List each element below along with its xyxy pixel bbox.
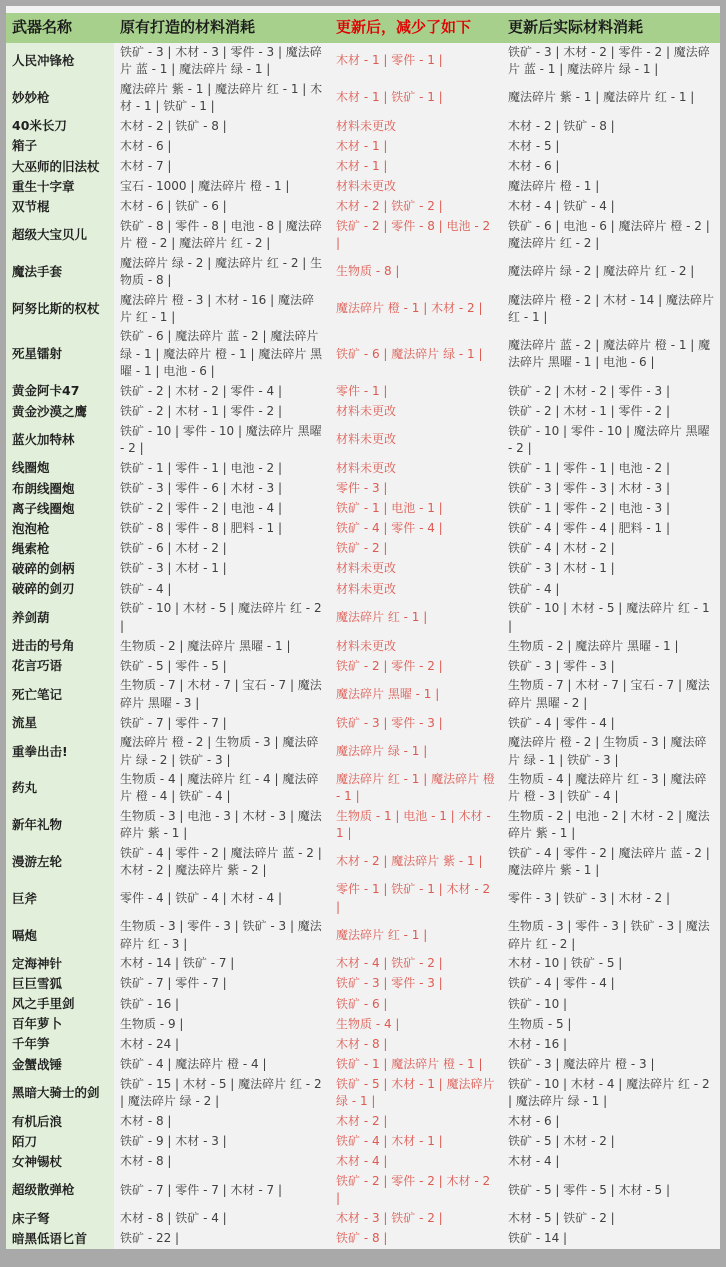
table-row: 重生十字章宝石 - 1000 | 魔法碎片 橙 - 1 |材料未更改魔法碎片 橙… [6, 177, 720, 197]
actual-cost-cell: 生物质 - 2 | 魔法碎片 黑曜 - 1 | [502, 636, 720, 656]
reduction-cell: 铁矿 - 6 | 魔法碎片 绿 - 1 | [330, 327, 502, 381]
table-row: 绳索枪铁矿 - 6 | 木材 - 2 |铁矿 - 2 |铁矿 - 4 | 木材 … [6, 539, 720, 559]
reduction-cell: 铁矿 - 1 | 电池 - 1 | [330, 499, 502, 519]
table-row: 破碎的剑柄铁矿 - 3 | 木材 - 1 |材料未更改铁矿 - 3 | 木材 -… [6, 559, 720, 579]
reduction-cell: 生物质 - 8 | [330, 254, 502, 291]
table-header: 武器名称 原有打造的材料消耗 更新后，减少了如下 更新后实际材料消耗 [6, 13, 720, 43]
table-row: 嗝炮生物质 - 3 | 零件 - 3 | 铁矿 - 3 | 魔法碎片 红 - 3… [6, 917, 720, 954]
actual-cost-cell: 铁矿 - 2 | 木材 - 1 | 零件 - 2 | [502, 402, 720, 422]
actual-cost-cell: 木材 - 2 | 铁矿 - 8 | [502, 116, 720, 136]
table-row: 线圈炮铁矿 - 1 | 零件 - 1 | 电池 - 2 |材料未更改铁矿 - 1… [6, 458, 720, 478]
actual-cost-cell: 魔法碎片 蓝 - 2 | 魔法碎片 橙 - 1 | 魔法碎片 黑曜 - 1 | … [502, 327, 720, 381]
original-cost-cell: 铁矿 - 1 | 零件 - 1 | 电池 - 2 | [114, 458, 330, 478]
actual-cost-cell: 魔法碎片 绿 - 2 | 魔法碎片 红 - 2 | [502, 254, 720, 291]
original-cost-cell: 铁矿 - 7 | 零件 - 7 | 木材 - 7 | [114, 1172, 330, 1209]
reduction-cell: 铁矿 - 2 | 零件 - 2 | [330, 656, 502, 676]
table-row: 死亡笔记生物质 - 7 | 木材 - 7 | 宝石 - 7 | 魔法碎片 黑曜 … [6, 676, 720, 713]
table-row: 40米长刀木材 - 2 | 铁矿 - 8 |材料未更改木材 - 2 | 铁矿 -… [6, 116, 720, 136]
original-cost-cell: 铁矿 - 4 | [114, 579, 330, 599]
original-cost-cell: 木材 - 8 | [114, 1152, 330, 1172]
table-row: 流星铁矿 - 7 | 零件 - 7 |铁矿 - 3 | 零件 - 3 |铁矿 -… [6, 713, 720, 733]
weapon-name-cell: 漫游左轮 [6, 844, 114, 881]
reduction-cell: 材料未更改 [330, 559, 502, 579]
weapon-name-cell: 死星镭射 [6, 327, 114, 381]
actual-cost-cell: 木材 - 6 | [502, 1112, 720, 1132]
table-row: 药丸生物质 - 4 | 魔法碎片 红 - 4 | 魔法碎片 橙 - 4 | 铁矿… [6, 770, 720, 807]
actual-cost-cell: 生物质 - 7 | 木材 - 7 | 宝石 - 7 | 魔法碎片 黑曜 - 2 … [502, 676, 720, 713]
actual-cost-cell: 铁矿 - 6 | 电池 - 6 | 魔法碎片 橙 - 2 | 魔法碎片 红 - … [502, 217, 720, 254]
actual-cost-cell: 魔法碎片 橙 - 2 | 木材 - 14 | 魔法碎片 红 - 1 | [502, 291, 720, 328]
weapon-name-cell: 百年萝卜 [6, 1014, 114, 1034]
table-row: 魔法手套魔法碎片 绿 - 2 | 魔法碎片 红 - 2 | 生物质 - 8 |生… [6, 254, 720, 291]
original-cost-cell: 木材 - 8 | 铁矿 - 4 | [114, 1209, 330, 1229]
actual-cost-cell: 铁矿 - 3 | 木材 - 2 | 零件 - 2 | 魔法碎片 蓝 - 1 | … [502, 43, 720, 80]
reduction-cell: 木材 - 3 | 铁矿 - 2 | [330, 1209, 502, 1229]
weapon-name-cell: 黄金阿卡47 [6, 381, 114, 401]
reduction-cell: 零件 - 3 | [330, 479, 502, 499]
weapon-name-cell: 花言巧语 [6, 656, 114, 676]
actual-cost-cell: 木材 - 4 | [502, 1152, 720, 1172]
original-cost-cell: 铁矿 - 5 | 零件 - 5 | [114, 656, 330, 676]
reduction-cell: 材料未更改 [330, 579, 502, 599]
actual-cost-cell: 生物质 - 2 | 电池 - 2 | 木材 - 2 | 魔法碎片 紫 - 1 | [502, 807, 720, 844]
table-row: 金蟹战锤铁矿 - 4 | 魔法碎片 橙 - 4 |铁矿 - 1 | 魔法碎片 橙… [6, 1055, 720, 1075]
actual-cost-cell: 铁矿 - 1 | 零件 - 1 | 电池 - 2 | [502, 458, 720, 478]
weapon-name-cell: 箱子 [6, 136, 114, 156]
reduction-cell: 铁矿 - 8 | [330, 1229, 502, 1249]
actual-cost-cell: 铁矿 - 3 | 木材 - 1 | [502, 559, 720, 579]
weapon-name-cell: 破碎的剑柄 [6, 559, 114, 579]
actual-cost-cell: 铁矿 - 10 | 木材 - 4 | 魔法碎片 红 - 2 | 魔法碎片 绿 -… [502, 1075, 720, 1112]
actual-cost-cell: 生物质 - 5 | [502, 1014, 720, 1034]
weapon-name-cell: 超级散弹枪 [6, 1172, 114, 1209]
original-cost-cell: 铁矿 - 8 | 零件 - 8 | 肥料 - 1 | [114, 519, 330, 539]
actual-cost-cell: 魔法碎片 橙 - 1 | [502, 177, 720, 197]
original-cost-cell: 铁矿 - 6 | 木材 - 2 | [114, 539, 330, 559]
weapon-name-cell: 床子弩 [6, 1209, 114, 1229]
table-row: 巨斧零件 - 4 | 铁矿 - 4 | 木材 - 4 |零件 - 1 | 铁矿 … [6, 880, 720, 917]
actual-cost-cell: 铁矿 - 10 | 零件 - 10 | 魔法碎片 黑曜 - 2 | [502, 422, 720, 459]
reduction-cell: 生物质 - 4 | [330, 1014, 502, 1034]
table-row: 布朗线圈炮铁矿 - 3 | 零件 - 6 | 木材 - 3 |零件 - 3 |铁… [6, 479, 720, 499]
table-row: 超级大宝贝儿铁矿 - 8 | 零件 - 8 | 电池 - 8 | 魔法碎片 橙 … [6, 217, 720, 254]
weapon-name-cell: 进击的号角 [6, 636, 114, 656]
actual-cost-cell: 木材 - 10 | 铁矿 - 5 | [502, 954, 720, 974]
table-row: 超级散弹枪铁矿 - 7 | 零件 - 7 | 木材 - 7 |铁矿 - 2 | … [6, 1172, 720, 1209]
table-row: 破碎的剑刃铁矿 - 4 |材料未更改铁矿 - 4 | [6, 579, 720, 599]
original-cost-cell: 铁矿 - 22 | [114, 1229, 330, 1249]
reduction-cell: 木材 - 1 | [330, 157, 502, 177]
table-row: 风之手里剑铁矿 - 16 |铁矿 - 6 |铁矿 - 10 | [6, 994, 720, 1014]
reduction-cell: 魔法碎片 绿 - 1 | [330, 733, 502, 770]
actual-cost-cell: 生物质 - 3 | 零件 - 3 | 铁矿 - 3 | 魔法碎片 红 - 2 | [502, 917, 720, 954]
actual-cost-cell: 铁矿 - 4 | 零件 - 4 | [502, 974, 720, 994]
reduction-cell: 材料未更改 [330, 636, 502, 656]
table-row: 巨巨雪狐铁矿 - 7 | 零件 - 7 |铁矿 - 3 | 零件 - 3 |铁矿… [6, 974, 720, 994]
weapon-name-cell: 巨斧 [6, 880, 114, 917]
header-original-cost: 原有打造的材料消耗 [114, 13, 330, 43]
weapon-name-cell: 线圈炮 [6, 458, 114, 478]
original-cost-cell: 铁矿 - 6 | 魔法碎片 蓝 - 2 | 魔法碎片 绿 - 1 | 魔法碎片 … [114, 327, 330, 381]
weapon-name-cell: 黄金沙漠之鹰 [6, 402, 114, 422]
table-row: 大巫师的旧法杖木材 - 7 |木材 - 1 |木材 - 6 | [6, 157, 720, 177]
original-cost-cell: 铁矿 - 3 | 木材 - 1 | [114, 559, 330, 579]
original-cost-cell: 铁矿 - 2 | 零件 - 2 | 电池 - 4 | [114, 499, 330, 519]
table-row: 黄金阿卡47铁矿 - 2 | 木材 - 2 | 零件 - 4 |零件 - 1 |… [6, 381, 720, 401]
actual-cost-cell: 铁矿 - 4 | 零件 - 4 | [502, 713, 720, 733]
weapon-name-cell: 女神锡杖 [6, 1152, 114, 1172]
original-cost-cell: 生物质 - 7 | 木材 - 7 | 宝石 - 7 | 魔法碎片 黑曜 - 3 … [114, 676, 330, 713]
original-cost-cell: 铁矿 - 3 | 木材 - 3 | 零件 - 3 | 魔法碎片 蓝 - 1 | … [114, 43, 330, 80]
original-cost-cell: 铁矿 - 15 | 木材 - 5 | 魔法碎片 红 - 2 | 魔法碎片 绿 -… [114, 1075, 330, 1112]
reduction-cell: 魔法碎片 红 - 1 | [330, 917, 502, 954]
weapon-name-cell: 金蟹战锤 [6, 1055, 114, 1075]
reduction-cell: 生物质 - 1 | 电池 - 1 | 木材 - 1 | [330, 807, 502, 844]
weapon-name-cell: 破碎的剑刃 [6, 579, 114, 599]
reduction-cell: 铁矿 - 4 | 木材 - 1 | [330, 1132, 502, 1152]
weapon-name-cell: 死亡笔记 [6, 676, 114, 713]
weapon-name-cell: 黑暗大骑士的剑 [6, 1075, 114, 1112]
reduction-cell: 铁矿 - 2 | 零件 - 2 | 木材 - 2 | [330, 1172, 502, 1209]
header-weapon-name: 武器名称 [6, 13, 114, 43]
original-cost-cell: 宝石 - 1000 | 魔法碎片 橙 - 1 | [114, 177, 330, 197]
weapon-name-cell: 重生十字章 [6, 177, 114, 197]
actual-cost-cell: 铁矿 - 1 | 零件 - 2 | 电池 - 3 | [502, 499, 720, 519]
reduction-cell: 魔法碎片 橙 - 1 | 木材 - 2 | [330, 291, 502, 328]
table-row: 蓝火加特林铁矿 - 10 | 零件 - 10 | 魔法碎片 黑曜 - 2 |材料… [6, 422, 720, 459]
table-row: 床子弩木材 - 8 | 铁矿 - 4 |木材 - 3 | 铁矿 - 2 |木材 … [6, 1209, 720, 1229]
table-row: 妙妙枪魔法碎片 紫 - 1 | 魔法碎片 红 - 1 | 木材 - 1 | 铁矿… [6, 80, 720, 117]
material-cost-sheet: 武器名称 原有打造的材料消耗 更新后，减少了如下 更新后实际材料消耗 人民冲锋枪… [6, 6, 720, 1249]
actual-cost-cell: 铁矿 - 10 | [502, 994, 720, 1014]
actual-cost-cell: 铁矿 - 2 | 木材 - 2 | 零件 - 3 | [502, 381, 720, 401]
reduction-cell: 木材 - 2 | [330, 1112, 502, 1132]
reduction-cell: 材料未更改 [330, 177, 502, 197]
reduction-cell: 铁矿 - 3 | 零件 - 3 | [330, 713, 502, 733]
weapon-name-cell: 有机后浪 [6, 1112, 114, 1132]
reduction-cell: 铁矿 - 6 | [330, 994, 502, 1014]
original-cost-cell: 铁矿 - 16 | [114, 994, 330, 1014]
weapon-name-cell: 阿努比斯的权杖 [6, 291, 114, 328]
weapon-name-cell: 新年礼物 [6, 807, 114, 844]
actual-cost-cell: 铁矿 - 4 | [502, 579, 720, 599]
actual-cost-cell: 木材 - 5 | 铁矿 - 2 | [502, 1209, 720, 1229]
reduction-cell: 铁矿 - 2 | [330, 539, 502, 559]
original-cost-cell: 铁矿 - 2 | 木材 - 2 | 零件 - 4 | [114, 381, 330, 401]
table-row: 阿努比斯的权杖魔法碎片 橙 - 3 | 木材 - 16 | 魔法碎片 红 - 1… [6, 291, 720, 328]
original-cost-cell: 铁矿 - 7 | 零件 - 7 | [114, 974, 330, 994]
original-cost-cell: 魔法碎片 橙 - 3 | 木材 - 16 | 魔法碎片 红 - 1 | [114, 291, 330, 328]
weapon-name-cell: 药丸 [6, 770, 114, 807]
weapon-name-cell: 布朗线圈炮 [6, 479, 114, 499]
actual-cost-cell: 铁矿 - 3 | 零件 - 3 | 木材 - 3 | [502, 479, 720, 499]
table-row: 离子线圈炮铁矿 - 2 | 零件 - 2 | 电池 - 4 |铁矿 - 1 | … [6, 499, 720, 519]
table-row: 黑暗大骑士的剑铁矿 - 15 | 木材 - 5 | 魔法碎片 红 - 2 | 魔… [6, 1075, 720, 1112]
reduction-cell: 材料未更改 [330, 116, 502, 136]
weapon-name-cell: 千年笋 [6, 1034, 114, 1054]
table-row: 漫游左轮铁矿 - 4 | 零件 - 2 | 魔法碎片 蓝 - 2 | 木材 - … [6, 844, 720, 881]
reduction-cell: 木材 - 1 | 零件 - 1 | [330, 43, 502, 80]
actual-cost-cell: 生物质 - 4 | 魔法碎片 红 - 3 | 魔法碎片 橙 - 3 | 铁矿 -… [502, 770, 720, 807]
weapon-name-cell: 嗝炮 [6, 917, 114, 954]
reduction-cell: 魔法碎片 红 - 1 | [330, 599, 502, 636]
actual-cost-cell: 铁矿 - 4 | 零件 - 4 | 肥料 - 1 | [502, 519, 720, 539]
table-row: 花言巧语铁矿 - 5 | 零件 - 5 |铁矿 - 2 | 零件 - 2 |铁矿… [6, 656, 720, 676]
actual-cost-cell: 木材 - 6 | [502, 157, 720, 177]
original-cost-cell: 木材 - 2 | 铁矿 - 8 | [114, 116, 330, 136]
original-cost-cell: 铁矿 - 3 | 零件 - 6 | 木材 - 3 | [114, 479, 330, 499]
reduction-cell: 木材 - 1 | 铁矿 - 1 | [330, 80, 502, 117]
original-cost-cell: 木材 - 14 | 铁矿 - 7 | [114, 954, 330, 974]
actual-cost-cell: 铁矿 - 14 | [502, 1229, 720, 1249]
actual-cost-cell: 铁矿 - 3 | 魔法碎片 橙 - 3 | [502, 1055, 720, 1075]
actual-cost-cell: 铁矿 - 3 | 零件 - 3 | [502, 656, 720, 676]
table-row: 黄金沙漠之鹰铁矿 - 2 | 木材 - 1 | 零件 - 2 |材料未更改铁矿 … [6, 402, 720, 422]
table-row: 暗黑低语匕首铁矿 - 22 |铁矿 - 8 |铁矿 - 14 | [6, 1229, 720, 1249]
original-cost-cell: 木材 - 7 | [114, 157, 330, 177]
table-row: 养剑葫铁矿 - 10 | 木材 - 5 | 魔法碎片 红 - 2 |魔法碎片 红… [6, 599, 720, 636]
original-cost-cell: 生物质 - 4 | 魔法碎片 红 - 4 | 魔法碎片 橙 - 4 | 铁矿 -… [114, 770, 330, 807]
weapon-name-cell: 魔法手套 [6, 254, 114, 291]
table-row: 定海神针木材 - 14 | 铁矿 - 7 |木材 - 4 | 铁矿 - 2 |木… [6, 954, 720, 974]
original-cost-cell: 木材 - 6 | [114, 136, 330, 156]
original-cost-cell: 魔法碎片 橙 - 2 | 生物质 - 3 | 魔法碎片 绿 - 2 | 铁矿 -… [114, 733, 330, 770]
weapon-name-cell: 人民冲锋枪 [6, 43, 114, 80]
actual-cost-cell: 魔法碎片 紫 - 1 | 魔法碎片 红 - 1 | [502, 80, 720, 117]
table-row: 箱子木材 - 6 |木材 - 1 |木材 - 5 | [6, 136, 720, 156]
weapon-name-cell: 养剑葫 [6, 599, 114, 636]
actual-cost-cell: 木材 - 16 | [502, 1034, 720, 1054]
original-cost-cell: 铁矿 - 4 | 零件 - 2 | 魔法碎片 蓝 - 2 | 木材 - 2 | … [114, 844, 330, 881]
reduction-cell: 木材 - 4 | 铁矿 - 2 | [330, 954, 502, 974]
weapon-material-table: 武器名称 原有打造的材料消耗 更新后，减少了如下 更新后实际材料消耗 人民冲锋枪… [6, 13, 720, 1249]
table-row: 死星镭射铁矿 - 6 | 魔法碎片 蓝 - 2 | 魔法碎片 绿 - 1 | 魔… [6, 327, 720, 381]
actual-cost-cell: 木材 - 5 | [502, 136, 720, 156]
reduction-cell: 材料未更改 [330, 458, 502, 478]
reduction-cell: 木材 - 4 | [330, 1152, 502, 1172]
weapon-name-cell: 暗黑低语匕首 [6, 1229, 114, 1249]
reduction-cell: 铁矿 - 1 | 魔法碎片 橙 - 1 | [330, 1055, 502, 1075]
weapon-name-cell: 双节棍 [6, 197, 114, 217]
table-row: 千年笋木材 - 24 |木材 - 8 |木材 - 16 | [6, 1034, 720, 1054]
actual-cost-cell: 零件 - 3 | 铁矿 - 3 | 木材 - 2 | [502, 880, 720, 917]
reduction-cell: 魔法碎片 黑曜 - 1 | [330, 676, 502, 713]
table-row: 人民冲锋枪铁矿 - 3 | 木材 - 3 | 零件 - 3 | 魔法碎片 蓝 -… [6, 43, 720, 80]
reduction-cell: 魔法碎片 红 - 1 | 魔法碎片 橙 - 1 | [330, 770, 502, 807]
original-cost-cell: 生物质 - 9 | [114, 1014, 330, 1034]
actual-cost-cell: 铁矿 - 4 | 木材 - 2 | [502, 539, 720, 559]
weapon-name-cell: 巨巨雪狐 [6, 974, 114, 994]
weapon-name-cell: 妙妙枪 [6, 80, 114, 117]
header-reduction: 更新后，减少了如下 [330, 13, 502, 43]
actual-cost-cell: 铁矿 - 5 | 木材 - 2 | [502, 1132, 720, 1152]
weapon-name-cell: 泡泡枪 [6, 519, 114, 539]
actual-cost-cell: 铁矿 - 10 | 木材 - 5 | 魔法碎片 红 - 1 | [502, 599, 720, 636]
header-actual-cost: 更新后实际材料消耗 [502, 13, 720, 43]
weapon-name-cell: 蓝火加特林 [6, 422, 114, 459]
table-row: 双节棍木材 - 6 | 铁矿 - 6 |木材 - 2 | 铁矿 - 2 |木材 … [6, 197, 720, 217]
reduction-cell: 铁矿 - 5 | 木材 - 1 | 魔法碎片 绿 - 1 | [330, 1075, 502, 1112]
original-cost-cell: 魔法碎片 紫 - 1 | 魔法碎片 红 - 1 | 木材 - 1 | 铁矿 - … [114, 80, 330, 117]
original-cost-cell: 生物质 - 3 | 零件 - 3 | 铁矿 - 3 | 魔法碎片 红 - 3 | [114, 917, 330, 954]
reduction-cell: 木材 - 8 | [330, 1034, 502, 1054]
original-cost-cell: 木材 - 6 | 铁矿 - 6 | [114, 197, 330, 217]
weapon-name-cell: 陌刀 [6, 1132, 114, 1152]
reduction-cell: 铁矿 - 3 | 零件 - 3 | [330, 974, 502, 994]
reduction-cell: 木材 - 2 | 铁矿 - 2 | [330, 197, 502, 217]
table-row: 有机后浪木材 - 8 |木材 - 2 |木材 - 6 | [6, 1112, 720, 1132]
original-cost-cell: 铁矿 - 10 | 木材 - 5 | 魔法碎片 红 - 2 | [114, 599, 330, 636]
original-cost-cell: 铁矿 - 8 | 零件 - 8 | 电池 - 8 | 魔法碎片 橙 - 2 | … [114, 217, 330, 254]
table-row: 女神锡杖木材 - 8 |木材 - 4 |木材 - 4 | [6, 1152, 720, 1172]
original-cost-cell: 木材 - 24 | [114, 1034, 330, 1054]
table-row: 新年礼物生物质 - 3 | 电池 - 3 | 木材 - 3 | 魔法碎片 紫 -… [6, 807, 720, 844]
table-row: 泡泡枪铁矿 - 8 | 零件 - 8 | 肥料 - 1 |铁矿 - 4 | 零件… [6, 519, 720, 539]
table-body: 人民冲锋枪铁矿 - 3 | 木材 - 3 | 零件 - 3 | 魔法碎片 蓝 -… [6, 43, 720, 1249]
reduction-cell: 木材 - 2 | 魔法碎片 紫 - 1 | [330, 844, 502, 881]
original-cost-cell: 生物质 - 3 | 电池 - 3 | 木材 - 3 | 魔法碎片 紫 - 1 | [114, 807, 330, 844]
original-cost-cell: 魔法碎片 绿 - 2 | 魔法碎片 红 - 2 | 生物质 - 8 | [114, 254, 330, 291]
original-cost-cell: 铁矿 - 2 | 木材 - 1 | 零件 - 2 | [114, 402, 330, 422]
weapon-name-cell: 40米长刀 [6, 116, 114, 136]
weapon-name-cell: 离子线圈炮 [6, 499, 114, 519]
weapon-name-cell: 风之手里剑 [6, 994, 114, 1014]
reduction-cell: 零件 - 1 | [330, 381, 502, 401]
actual-cost-cell: 木材 - 4 | 铁矿 - 4 | [502, 197, 720, 217]
original-cost-cell: 铁矿 - 9 | 木材 - 3 | [114, 1132, 330, 1152]
reduction-cell: 铁矿 - 4 | 零件 - 4 | [330, 519, 502, 539]
table-row: 陌刀铁矿 - 9 | 木材 - 3 |铁矿 - 4 | 木材 - 1 |铁矿 -… [6, 1132, 720, 1152]
reduction-cell: 铁矿 - 2 | 零件 - 8 | 电池 - 2 | [330, 217, 502, 254]
actual-cost-cell: 铁矿 - 5 | 零件 - 5 | 木材 - 5 | [502, 1172, 720, 1209]
weapon-name-cell: 定海神针 [6, 954, 114, 974]
table-row: 重拳出击!魔法碎片 橙 - 2 | 生物质 - 3 | 魔法碎片 绿 - 2 |… [6, 733, 720, 770]
table-row: 进击的号角生物质 - 2 | 魔法碎片 黑曜 - 1 |材料未更改生物质 - 2… [6, 636, 720, 656]
weapon-name-cell: 重拳出击! [6, 733, 114, 770]
original-cost-cell: 木材 - 8 | [114, 1112, 330, 1132]
original-cost-cell: 生物质 - 2 | 魔法碎片 黑曜 - 1 | [114, 636, 330, 656]
table-row: 百年萝卜生物质 - 9 |生物质 - 4 |生物质 - 5 | [6, 1014, 720, 1034]
original-cost-cell: 铁矿 - 10 | 零件 - 10 | 魔法碎片 黑曜 - 2 | [114, 422, 330, 459]
reduction-cell: 材料未更改 [330, 402, 502, 422]
weapon-name-cell: 大巫师的旧法杖 [6, 157, 114, 177]
weapon-name-cell: 流星 [6, 713, 114, 733]
reduction-cell: 材料未更改 [330, 422, 502, 459]
weapon-name-cell: 绳索枪 [6, 539, 114, 559]
reduction-cell: 木材 - 1 | [330, 136, 502, 156]
original-cost-cell: 铁矿 - 7 | 零件 - 7 | [114, 713, 330, 733]
original-cost-cell: 铁矿 - 4 | 魔法碎片 橙 - 4 | [114, 1055, 330, 1075]
reduction-cell: 零件 - 1 | 铁矿 - 1 | 木材 - 2 | [330, 880, 502, 917]
actual-cost-cell: 铁矿 - 4 | 零件 - 2 | 魔法碎片 蓝 - 2 | 魔法碎片 紫 - … [502, 844, 720, 881]
weapon-name-cell: 超级大宝贝儿 [6, 217, 114, 254]
original-cost-cell: 零件 - 4 | 铁矿 - 4 | 木材 - 4 | [114, 880, 330, 917]
actual-cost-cell: 魔法碎片 橙 - 2 | 生物质 - 3 | 魔法碎片 绿 - 1 | 铁矿 -… [502, 733, 720, 770]
